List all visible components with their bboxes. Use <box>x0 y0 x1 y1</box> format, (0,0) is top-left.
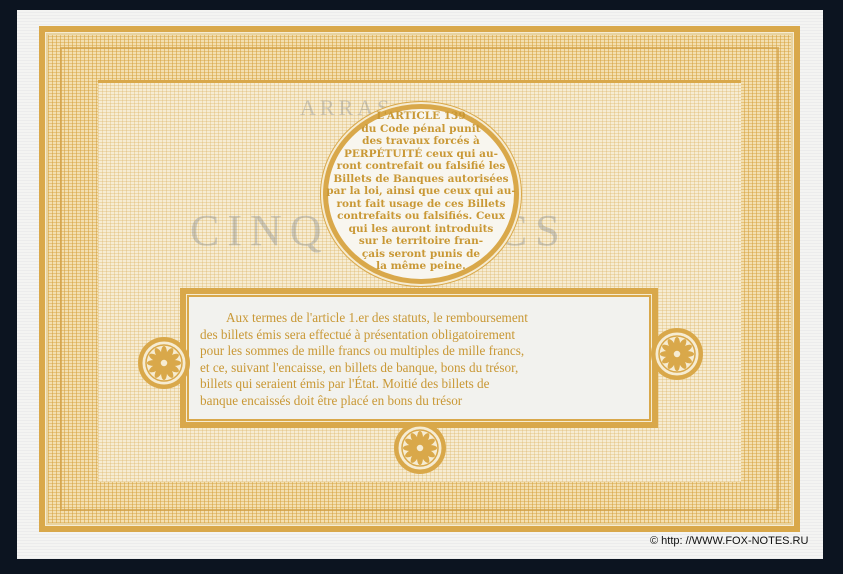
medallion-line: L'ARTICLE 139 <box>323 110 519 123</box>
rosette-right-icon <box>651 328 703 380</box>
statute-line: billets qui seraient émis par l'État. Mo… <box>200 376 640 393</box>
medallion-line: des travaux forcés à <box>323 135 519 148</box>
medallion-line: sur le territoire fran- <box>323 235 519 248</box>
medallion-line: Billets de Banques autorisées <box>323 173 519 186</box>
rosette-bottom-icon <box>394 422 446 474</box>
medallion-line: çais seront punis de <box>323 248 519 261</box>
medallion-line: qui les auront introduits <box>323 223 519 236</box>
statute-line: Aux termes de l'article 1.er des statuts… <box>200 310 640 327</box>
medallion-text: L'ARTICLE 139 du Code pénal punit des tr… <box>323 110 519 273</box>
watermark-text: © http: //WWW.FOX-NOTES.RU <box>650 535 808 547</box>
rosette-left-icon <box>138 337 190 389</box>
medallion-line: ront contrefait ou falsifié les <box>323 160 519 173</box>
statute-line: pour les sommes de mille francs ou multi… <box>200 343 640 360</box>
medallion-line: ront fait usage de ces Billets <box>323 198 519 211</box>
statute-text: Aux termes de l'article 1.er des statuts… <box>200 310 640 409</box>
statute-line: et ce, suivant l'encaisse, en billets de… <box>200 360 640 377</box>
medallion-line: la même peine. <box>323 260 519 273</box>
statute-line: banque encaissés doit être placé en bons… <box>200 393 640 410</box>
statute-line: des billets émis sera effectué à présent… <box>200 327 640 344</box>
medallion-line: par la loi, ainsi que ceux qui au- <box>323 185 519 198</box>
medallion-line: du Code pénal punit <box>323 123 519 136</box>
medallion-line: contrefaits ou falsifiés. Ceux <box>323 210 519 223</box>
medallion-line: PERPÉTUITÉ ceux qui au- <box>323 148 519 161</box>
